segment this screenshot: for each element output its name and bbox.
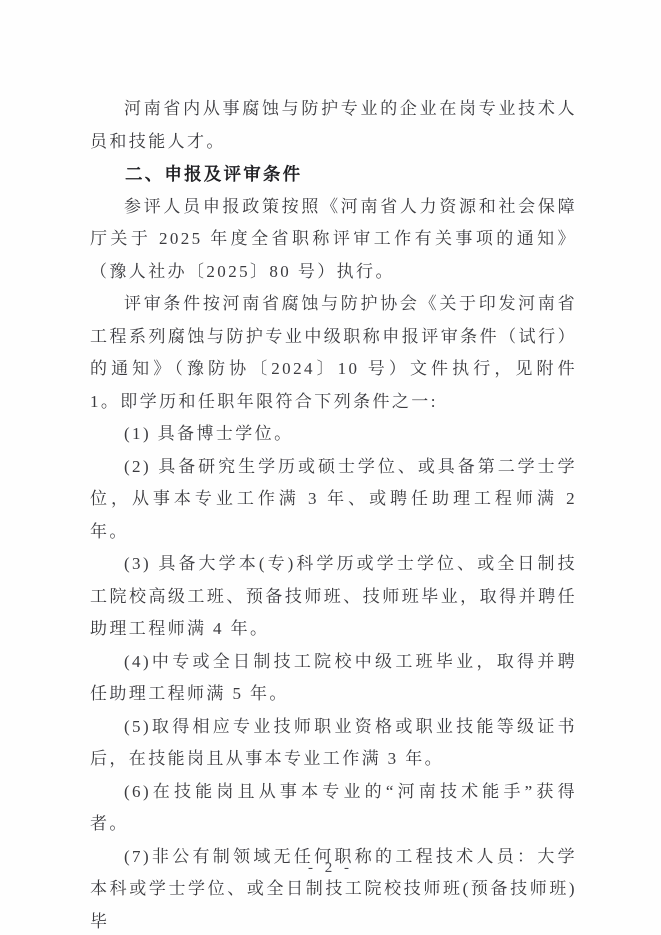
list-item-7: (7)非公有制领域无任何职称的工程技术人员：大学本科或学士学位、或全日制技工院校…: [90, 841, 577, 935]
paragraph-conditions: 评审条件按河南省腐蚀与防护协会《关于印发河南省工程系列腐蚀与防护专业中级职称申报…: [90, 288, 577, 418]
list-item-3: (3) 具备大学本(专)科学历或学士学位、或全日制技工院校高级工班、预备技师班、…: [90, 548, 577, 646]
document-page: 河南省内从事腐蚀与防护专业的企业在岗专业技术人员和技能人才。 二、申报及评审条件…: [0, 0, 661, 935]
list-item-5: (5)取得相应专业技师职业资格或职业技能等级证书后，在技能岗且从事本专业工作满 …: [90, 711, 577, 776]
paragraph-scope: 河南省内从事腐蚀与防护专业的企业在岗专业技术人员和技能人才。: [90, 93, 577, 158]
list-item-6: (6)在技能岗且从事本专业的“河南技术能手”获得者。: [90, 776, 577, 841]
page-number: - 2 -: [0, 860, 661, 877]
paragraph-policy: 参评人员申报政策按照《河南省人力资源和社会保障厅关于 2025 年度全省职称评审…: [90, 191, 577, 289]
list-item-4: (4)中专或全日制技工院校中级工班毕业，取得并聘任助理工程师满 5 年。: [90, 646, 577, 711]
section-heading: 二、申报及评审条件: [90, 158, 577, 191]
document-body: 河南省内从事腐蚀与防护专业的企业在岗专业技术人员和技能人才。 二、申报及评审条件…: [90, 93, 577, 935]
list-item-2: (2) 具备研究生学历或硕士学位、或具备第二学士学位，从事本专业工作满 3 年、…: [90, 451, 577, 549]
list-item-1: (1) 具备博士学位。: [90, 418, 577, 451]
